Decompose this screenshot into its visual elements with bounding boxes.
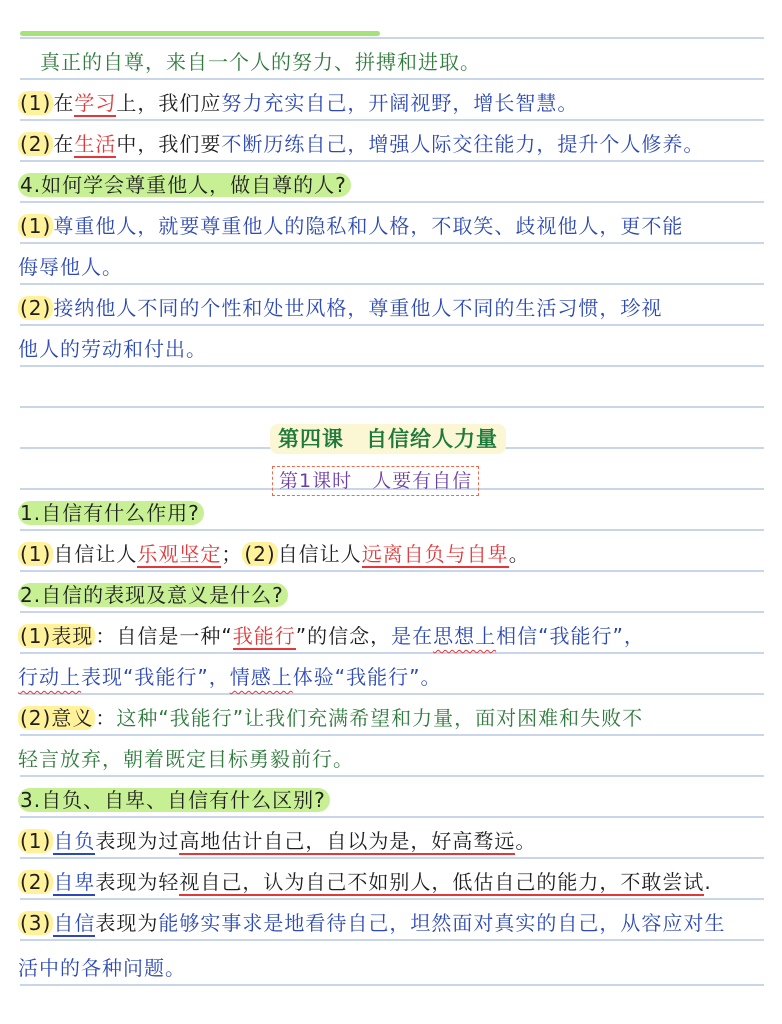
question-title: 3.自负、自卑、自信有什么区别?: [18, 788, 330, 812]
wavy-keyword: 思想上: [433, 624, 496, 648]
item-marker: (3): [18, 911, 53, 935]
q3-answer-3: (3)自信表现为能够实事求是地看待自己，坦然面对真实的自己，从容应对生: [18, 905, 768, 941]
q3-answer-1: (1)自负表现为过高地估计自己，自以为是，好高骛远。: [18, 823, 768, 859]
wavy-keyword: 行动上: [18, 665, 81, 689]
item-marker: (1): [18, 542, 53, 566]
answer-text: 体验“我能行”。: [293, 665, 442, 689]
answer-text: 表现为: [95, 911, 158, 935]
item-marker: (2): [18, 870, 53, 894]
item-text: 在: [53, 132, 74, 156]
underlined-text: 高地估计自己，自以为是，好高骛远: [179, 829, 515, 855]
answer-text: 自信让人: [278, 542, 362, 566]
keyword: 生活: [74, 132, 116, 158]
item-text: 上，我们应: [116, 91, 221, 115]
q2-answer-2: (2)意义：这种“我能行”让我们充满希望和力量，面对困难和失败不: [18, 700, 768, 736]
ruled-line: [20, 406, 764, 408]
answer-text: 能够实事求是地看待自己，坦然面对真实的自己，从容应对生: [158, 911, 725, 935]
colon: ：: [95, 706, 116, 730]
q3-answer-2: (2)自卑表现为轻视自己，认为自己不如别人，低估自己的能力，不敢尝试.: [18, 864, 768, 900]
keyword: 我能行: [233, 624, 296, 650]
item-marker: (2)意义: [18, 706, 95, 730]
item-marker: (1)表现: [18, 624, 95, 648]
answer-text: 接纳他人不同的个性和处世风格，尊重他人不同的生活习惯，珍视: [53, 296, 662, 320]
item-marker: (2): [242, 542, 277, 566]
item-marker: (1): [18, 214, 53, 238]
colon: ：: [95, 624, 116, 648]
item-marker: (1): [18, 91, 53, 115]
lesson-title: 第四课 自信给人力量: [270, 424, 506, 454]
self-respect-item-1: (1)在学习上，我们应努力充实自己，开阔视野，增长智慧。: [18, 85, 768, 121]
item-marker: (2): [18, 296, 53, 320]
q2-answer-1: (1)表现：自信是一种“我能行”的信念，是在思想上相信“我能行”，: [18, 618, 768, 654]
period: 。: [515, 829, 536, 853]
period: .: [704, 870, 711, 894]
notebook-page: 真正的自尊，来自一个人的努力、拼搏和进取。 (1)在学习上，我们应努力充实自己，…: [0, 0, 782, 1024]
question-3: 3.自负、自卑、自信有什么区别?: [18, 782, 768, 818]
keyword: 自信: [53, 911, 95, 937]
q2-answer-1-cont: 行动上表现“我能行”，情感上体验“我能行”。: [18, 659, 768, 695]
summary-text: 真正的自尊，来自一个人的努力、拼搏和进取。: [18, 44, 782, 80]
answer-text: 表现“我能行”，: [81, 665, 230, 689]
underlined-text: 视自己，认为自己不如别人，低估自己的能力，不敢尝试: [179, 870, 704, 896]
keyword: 远离自负与自卑: [362, 542, 509, 568]
keyword: 乐观坚定: [137, 542, 221, 568]
answer-text: 是在: [391, 624, 433, 648]
item-marker: (1): [18, 829, 53, 853]
question-2: 2.自信的表现及意义是什么?: [18, 577, 768, 613]
q3-answer-3-cont: 活中的各种问题。: [18, 950, 768, 986]
period: 。: [509, 542, 530, 566]
keyword: 学习: [74, 91, 116, 117]
item-content: 努力充实自己，开阔视野，增长智慧。: [221, 91, 578, 115]
answer-text: 相信“我能行”，: [496, 624, 645, 648]
self-respect-item-2: (2)在生活中，我们要不断历练自己，增强人际交往能力，提升个人修养。: [18, 126, 768, 162]
top-highlight-bar: [20, 31, 380, 36]
keyword: 自卑: [53, 870, 95, 896]
wavy-keyword: 情感上: [230, 665, 293, 689]
q4-answer-1-cont: 侮辱他人。: [18, 249, 768, 285]
answer-text: 自信是一种“: [116, 624, 232, 648]
item-content: 不断历练自己，增强人际交往能力，提升个人修养。: [221, 132, 704, 156]
question-title: 1.自信有什么作用?: [18, 501, 204, 525]
question-title: 2.自信的表现及意义是什么?: [18, 583, 288, 607]
q4-answer-2-cont: 他人的劳动和付出。: [18, 331, 768, 367]
keyword: 自负: [53, 829, 95, 855]
q2-answer-2-cont: 轻言放弃，朝着既定目标勇毅前行。: [18, 741, 768, 777]
item-marker: (2): [18, 132, 53, 156]
answer-text: 自信让人: [53, 542, 137, 566]
q1-answer: (1)自信让人乐观坚定；(2)自信让人远离自负与自卑。: [18, 536, 768, 572]
item-text: 在: [53, 91, 74, 115]
answer-text: 表现为轻: [95, 870, 179, 894]
separator: ；: [221, 542, 242, 566]
question-title: 4.如何学会尊重他人，做自尊的人?: [18, 173, 351, 197]
answer-text: ”的信念，: [296, 624, 391, 648]
answer-text: 表现为过: [95, 829, 179, 853]
answer-text: 尊重他人，就要尊重他人的隐私和人格，不取笑、歧视他人，更不能: [53, 214, 683, 238]
q4-answer-1: (1)尊重他人，就要尊重他人的隐私和人格，不取笑、歧视他人，更不能: [18, 208, 768, 244]
q4-answer-2: (2)接纳他人不同的个性和处世风格，尊重他人不同的生活习惯，珍视: [18, 290, 768, 326]
question-1: 1.自信有什么作用?: [18, 495, 768, 531]
question-4: 4.如何学会尊重他人，做自尊的人?: [18, 167, 768, 203]
period-title: 第1课时 人要有自信: [272, 466, 479, 496]
answer-text: 这种“我能行”让我们充满希望和力量，面对困难和失败不: [116, 706, 643, 730]
ruled-line: [20, 37, 764, 39]
item-text: 中，我们要: [116, 132, 221, 156]
